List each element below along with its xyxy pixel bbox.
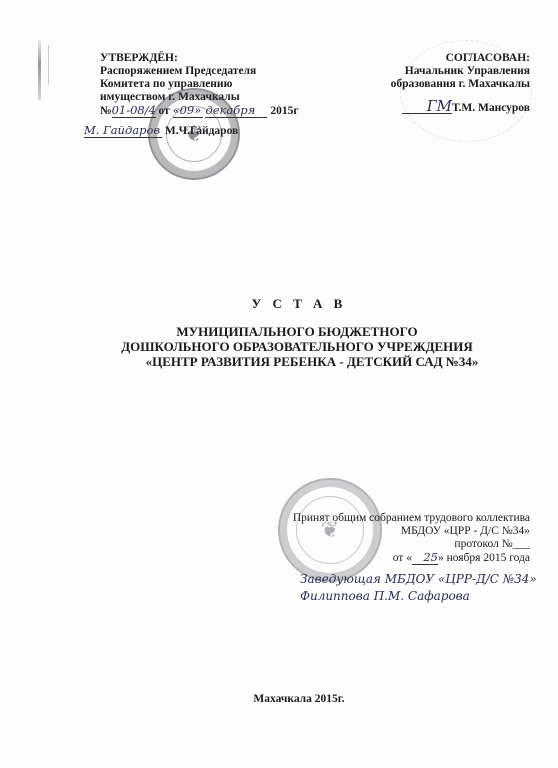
- coat-of-arms-icon: ❦: [185, 121, 203, 147]
- scan-artifact: [48, 45, 49, 85]
- date-prefix: от «: [393, 552, 412, 564]
- institution-name-line: МУНИЦИПАЛЬНОГО БЮДЖЕТНОГО: [36, 324, 558, 339]
- institution-name: МУНИЦИПАЛЬНОГО БЮДЖЕТНОГО ДОШКОЛЬНОГО ОБ…: [0, 324, 558, 369]
- agreement-signer: Т.М. Мансуров: [452, 102, 530, 114]
- document-title: У С Т А В: [0, 296, 558, 312]
- handwritten-annotation: Заведующая МБДОУ «ЦРР-Д/С №34» Филиппова…: [300, 571, 537, 605]
- agreement-signature-line: ГМТ.М. Мансуров: [310, 100, 530, 115]
- institution-name-line: «ЦЕНТР РАЗВИТИЯ РЕБЕНКА - ДЕТСКИЙ САД №3…: [36, 354, 558, 369]
- acceptance-line: МБДОУ «ЦРР - Д/С №34»: [270, 525, 530, 538]
- agreement-block: СОГЛАСОВАН: Начальник Управления образов…: [310, 52, 530, 115]
- number-prefix: №: [100, 105, 112, 117]
- acceptance-line: протокол №___: [270, 538, 530, 551]
- official-seal: ❦: [148, 88, 240, 180]
- acceptance-line: Принят общим собранием трудового коллект…: [270, 512, 530, 525]
- agreement-line: образования г. Махачкалы: [310, 78, 530, 91]
- signature-handwritten: ГМ: [402, 100, 452, 114]
- agreement-line: Начальник Управления: [310, 65, 530, 78]
- acceptance-block: Принят общим собранием трудового коллект…: [270, 512, 530, 565]
- number-handwritten: 01-08/4: [112, 104, 156, 118]
- agreement-heading: СОГЛАСОВАН:: [310, 52, 530, 65]
- institution-name-line: ДОШКОЛЬНОГО ОБРАЗОВАТЕЛЬНОГО УЧРЕЖДЕНИЯ: [36, 339, 558, 354]
- approval-heading: УТВЕРЖДЁН:: [100, 52, 330, 65]
- approval-line: Распоряжением Председателя: [100, 65, 330, 78]
- handwritten-line: Заведующая МБДОУ «ЦРР-Д/С №34»: [300, 571, 537, 588]
- city-year: Махачкала 2015г.: [0, 693, 558, 705]
- scan-artifact: [38, 40, 41, 100]
- date-suffix: » ноября 2015 года: [438, 552, 530, 564]
- approval-year: 2015г: [270, 105, 298, 117]
- date-day-handwritten: 25: [412, 551, 438, 565]
- approval-line: Комитета по управлению: [100, 78, 330, 91]
- handwritten-line: Филиппова П.М. Сафарова: [300, 588, 537, 605]
- acceptance-date-line: от «25» ноября 2015 года: [270, 551, 530, 565]
